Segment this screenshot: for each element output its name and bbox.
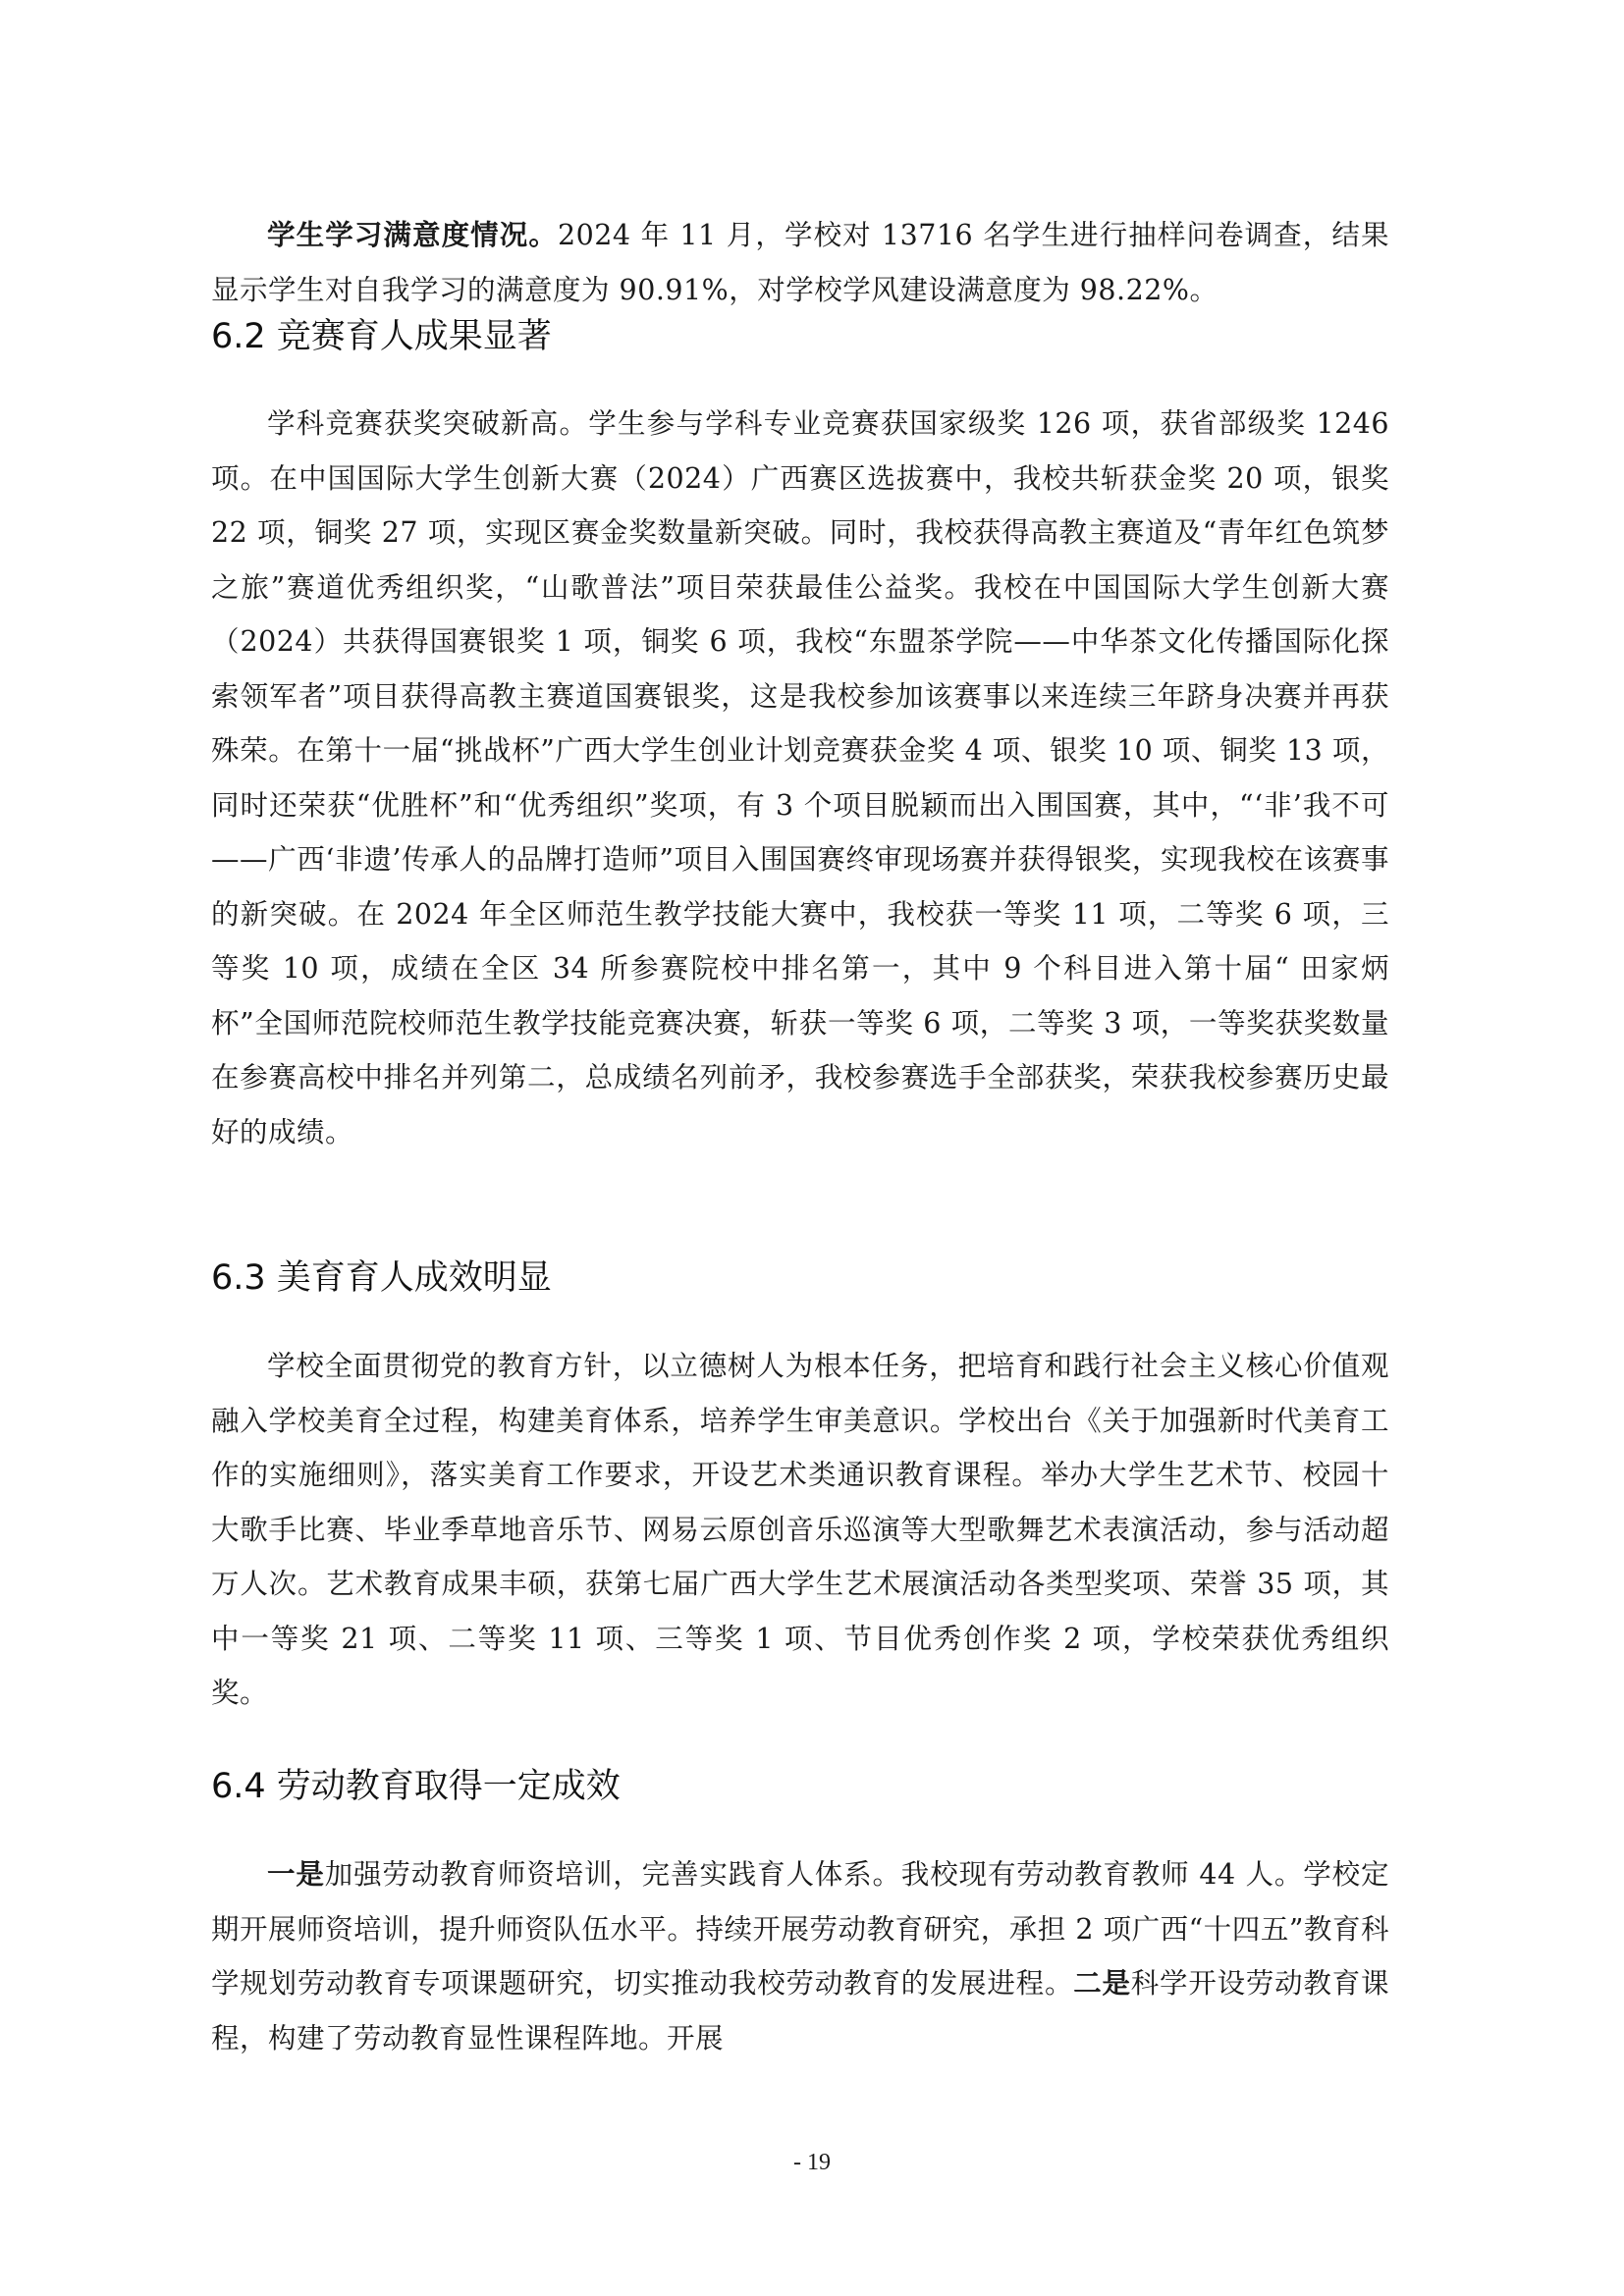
heading-6-2: 6.2 竞赛育人成果显著 [211,312,552,361]
paragraph-competition: 学科竞赛获奖突破新高。学生参与学科专业竞赛获国家级奖 126 项，获省部级奖 1… [211,397,1389,1159]
lead-bold: 学生学习满意度情况。 [267,218,558,251]
heading-6-3: 6.3 美育育人成效明显 [211,1254,552,1303]
lead-bold-1: 一是 [267,1857,325,1891]
paragraph-aesthetic: 学校全面贯彻党的教育方针，以立德树人为根本任务，把培育和践行社会主义核心价值观融… [211,1339,1389,1721]
heading-6-4: 6.4 劳动教育取得一定成效 [211,1762,621,1811]
page-number: - 19 [0,2150,1624,2176]
paragraph-labor: 一是加强劳动教育师资培训，完善实践育人体系。我校现有劳动教育教师 44 人。学校… [211,1847,1389,2065]
paragraph-satisfaction: 学生学习满意度情况。2024 年 11 月，学校对 13716 名学生进行抽样问… [211,208,1389,317]
lead-bold-2: 二是 [1073,1966,1131,2000]
